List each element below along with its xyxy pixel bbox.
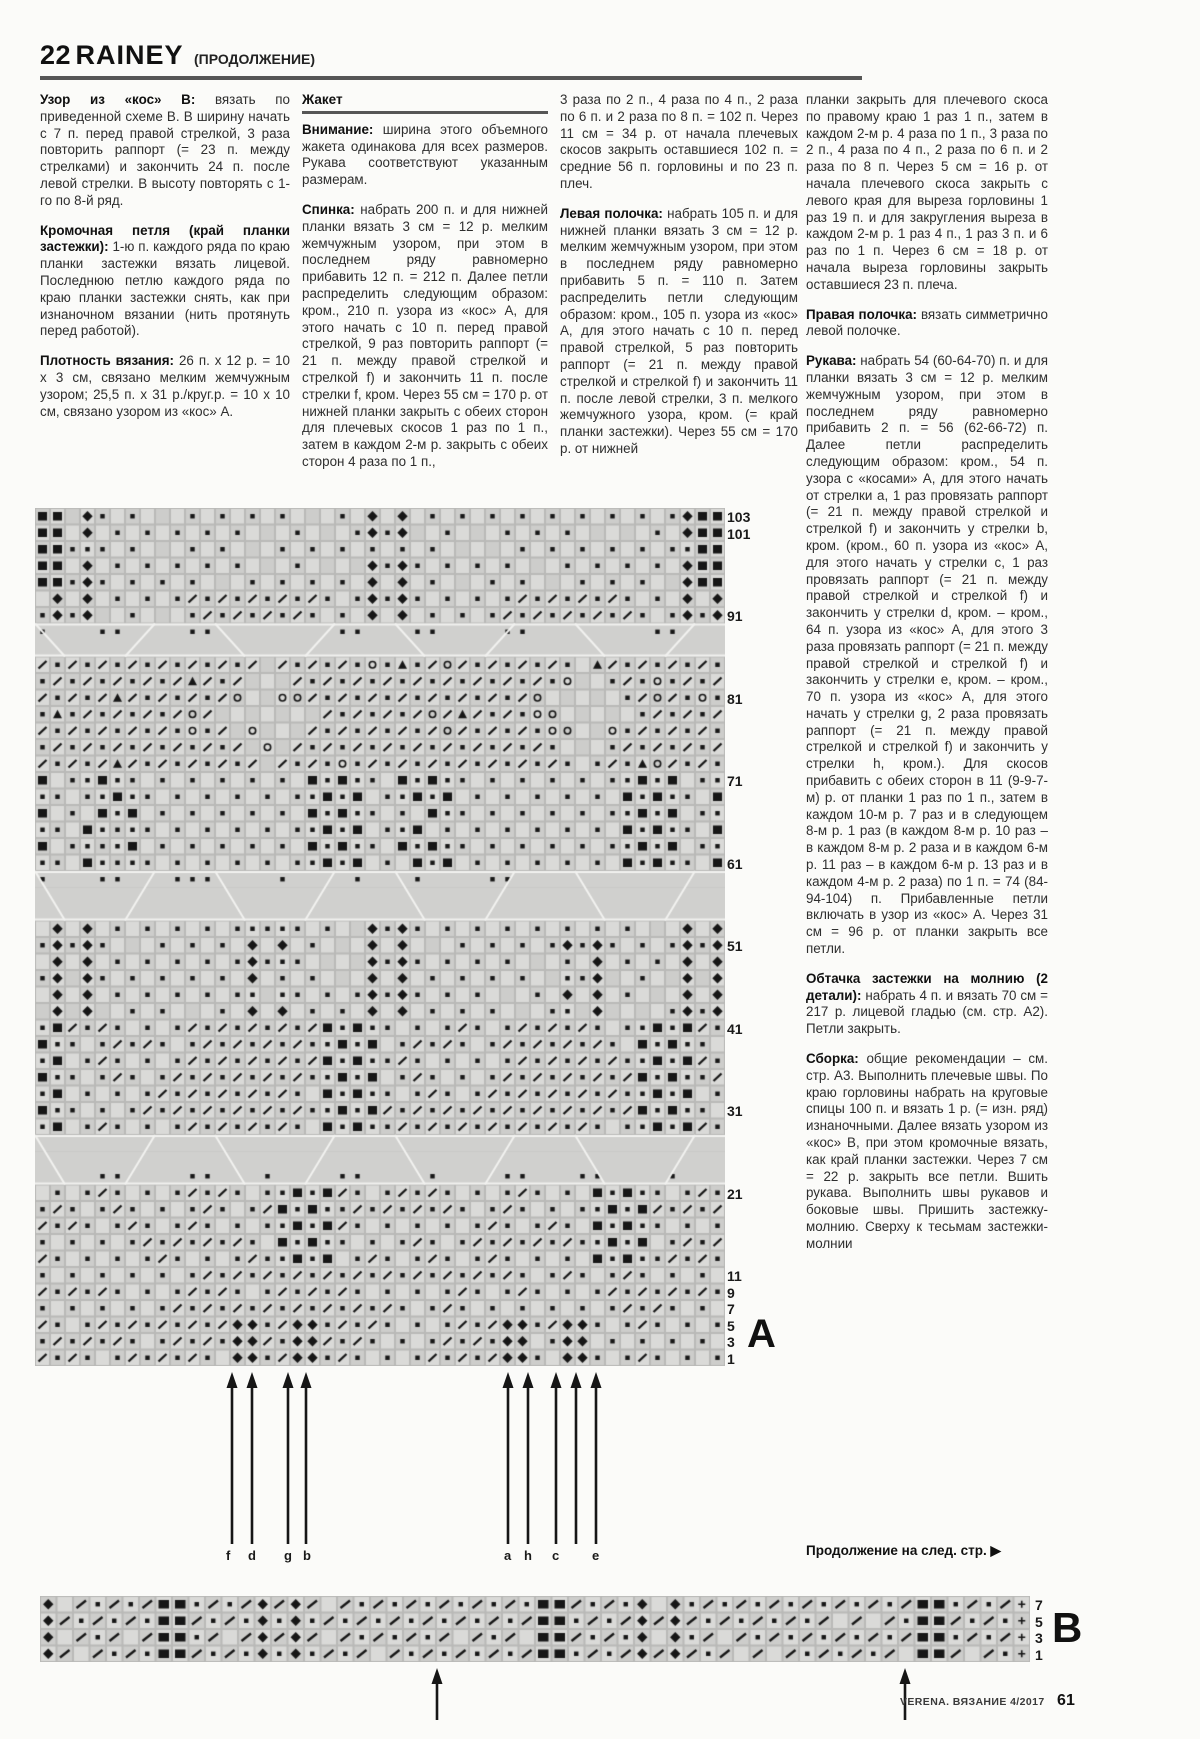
- arrow-letter-c: c: [552, 1548, 559, 1563]
- paragraph-lead: Плотность вязания:: [40, 353, 174, 368]
- section-heading: Жакет: [302, 92, 548, 109]
- chart-row-label: 11: [727, 1269, 742, 1283]
- up-arrow-icon: [224, 1372, 240, 1544]
- chart-row-label: 7: [727, 1302, 735, 1316]
- up-arrow-icon: [429, 1668, 445, 1720]
- chart-a-row-numbers: 10310191817161514131211197531: [727, 508, 767, 1366]
- up-arrow-icon: [520, 1372, 536, 1544]
- up-arrow-icon: [298, 1372, 314, 1544]
- paragraph-text: 3 раза по 2 п., 4 раза по 4 п., 2 раза п…: [560, 92, 798, 191]
- chart-row-label: 103: [727, 510, 750, 524]
- knitting-chart-b-grid: [40, 1596, 1030, 1662]
- knitting-chart-a-grid: [35, 508, 725, 1366]
- paragraph-lead: Узор из «кос» В:: [40, 92, 195, 107]
- chart-row-label: 5: [1035, 1615, 1043, 1629]
- chart-row-label: 91: [727, 609, 743, 623]
- arrow-letter-b: b: [303, 1548, 311, 1563]
- section-rule: [302, 111, 548, 114]
- up-arrow-icon: [548, 1372, 564, 1544]
- paragraph: Обтачка застежки на молнию (2 детали): н…: [806, 971, 1048, 1038]
- paragraph-text: планки закрыть для плечевого скоса по пр…: [806, 92, 1048, 292]
- paragraph-lead: Левая полочка:: [560, 206, 663, 221]
- paragraph-lead: Правая полочка:: [806, 307, 917, 322]
- paragraph: Правая полочка: вязать симметрично левой…: [806, 307, 1048, 341]
- arrow-letter-g: g: [284, 1548, 292, 1563]
- text-column-1: Узор из «кос» В: вязать по приведенной с…: [40, 92, 290, 433]
- paragraph: Внимание: ширина этого объемного жакета …: [302, 122, 548, 189]
- paragraph: Левая полочка: набрать 105 п. и для нижн…: [560, 206, 798, 458]
- up-arrow-icon: [244, 1372, 260, 1544]
- chart-row-label: 3: [1035, 1631, 1043, 1645]
- paragraph: Спинка: набрать 200 п. и для нижней план…: [302, 202, 548, 471]
- arrow-letter-d: d: [248, 1548, 256, 1563]
- up-arrow-icon: [588, 1372, 604, 1544]
- up-arrow-icon: [568, 1372, 584, 1544]
- magazine-page: 22 RAINEY (ПРОДОЛЖЕНИЕ) Узор из «кос» В:…: [0, 0, 1200, 1739]
- model-title: RAINEY: [76, 40, 184, 70]
- chart-b-label: B: [1052, 1604, 1082, 1652]
- paragraph-lead: Рукава:: [806, 353, 857, 368]
- paragraph: Рукава: набрать 54 (60-64-70) п. и для п…: [806, 353, 1048, 958]
- paragraph: Сборка: общие рекомендации – см. стр. А3…: [806, 1051, 1048, 1253]
- up-arrow-icon: [500, 1372, 516, 1544]
- chart-a-label: A: [747, 1312, 776, 1357]
- chart-row-label: 1: [1035, 1648, 1043, 1662]
- paragraph-lead: Сборка:: [806, 1051, 859, 1066]
- page-footer: VERENA. ВЯЗАНИЕ 4/2017 61: [900, 1692, 1160, 1710]
- chart-row-label: 21: [727, 1187, 743, 1201]
- chart-row-label: 51: [727, 939, 743, 953]
- chart-row-label: 1: [727, 1352, 735, 1366]
- text-column-4: планки закрыть для плечевого скоса по пр…: [806, 92, 1048, 1266]
- arrow-letter-h: h: [524, 1548, 532, 1563]
- arrow-letter-e: e: [592, 1548, 599, 1563]
- chart-row-label: 5: [727, 1319, 735, 1333]
- continuation-tag: (ПРОДОЛЖЕНИЕ): [194, 51, 315, 67]
- paragraph: 3 раза по 2 п., 4 раза по 4 п., 2 раза п…: [560, 92, 798, 193]
- paragraph-text: набрать 105 п. и для нижней планки вязат…: [560, 206, 798, 456]
- model-number: 22: [40, 40, 71, 70]
- chart-row-label: 81: [727, 692, 743, 706]
- paragraph: Кромочная петля (край планки застежки): …: [40, 223, 290, 341]
- paragraph-text: вязать по приведенной схеме В. В ширину …: [40, 92, 290, 208]
- page-header: 22 RAINEY (ПРОДОЛЖЕНИЕ): [40, 40, 315, 71]
- arrow-letter-f: f: [226, 1548, 230, 1563]
- up-arrow-icon: [280, 1372, 296, 1544]
- arrow-letter-a: a: [504, 1548, 511, 1563]
- continued-next-page-note: Продолжение на след. стр. ▶: [806, 1543, 1048, 1559]
- play-arrow-icon: ▶: [990, 1543, 1000, 1558]
- page-number: 61: [1057, 1692, 1075, 1709]
- paragraph: планки закрыть для плечевого скоса по пр…: [806, 92, 1048, 294]
- chart-row-label: 61: [727, 857, 743, 871]
- header-rule: [40, 76, 862, 80]
- paragraph-lead: Внимание:: [302, 122, 373, 137]
- text-column-3: 3 раза по 2 п., 4 раза по 4 п., 2 раза п…: [560, 92, 798, 471]
- chart-row-label: 41: [727, 1022, 743, 1036]
- paragraph-text: общие рекомендации – см. стр. А3. Выполн…: [806, 1051, 1048, 1251]
- continued-text: Продолжение на след. стр.: [806, 1543, 987, 1558]
- chart-row-label: 9: [727, 1286, 735, 1300]
- magazine-name: VERENA. ВЯЗАНИЕ 4/2017: [900, 1696, 1045, 1708]
- paragraph-text: набрать 54 (60-64-70) п. и для планки вя…: [806, 353, 1048, 956]
- paragraph-lead: Спинка:: [302, 202, 355, 217]
- chart-row-label: 71: [727, 774, 743, 788]
- paragraph-text: набрать 200 п. и для нижней планки вязат…: [302, 202, 548, 469]
- paragraph: Плотность вязания: 26 п. х 12 р. = 10 х …: [40, 353, 290, 420]
- text-column-2: Жакет Внимание: ширина этого объемного ж…: [302, 92, 548, 484]
- chart-row-label: 31: [727, 1104, 743, 1118]
- chart-row-label: 7: [1035, 1598, 1043, 1612]
- chart-row-label: 101: [727, 527, 750, 541]
- paragraph: Узор из «кос» В: вязать по приведенной с…: [40, 92, 290, 210]
- chart-row-label: 3: [727, 1335, 735, 1349]
